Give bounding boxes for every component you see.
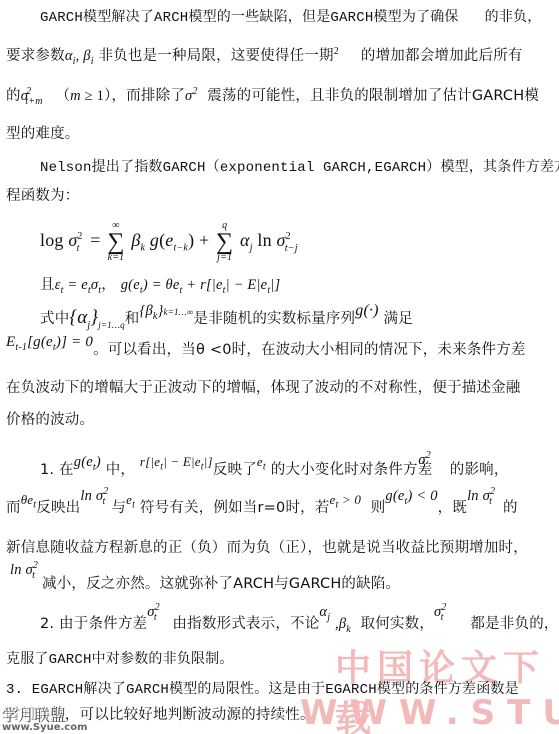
- math-sigma2: σ2: [185, 88, 198, 104]
- item2-line2: 克服了GARCH中对参数的非负限制。: [6, 650, 234, 670]
- item1-line4: 减小，反之亦然。这就弥补了ARCH与GARCH的缺陷。: [42, 574, 400, 594]
- text: 1. 在: [40, 462, 74, 478]
- item1-line1: 1. 在g(et) 中， r[|et| − E|et|]反映了et 的大小变化时…: [40, 460, 509, 480]
- text: 符号有关，例如当r=0时，若: [140, 500, 330, 516]
- item2-line1: 2. 由于条件方差σ2t 由指数形式表示，不论αj ,βk 取何实数，σ2t 都…: [40, 614, 559, 634]
- p3-line5: 价格的波动。: [6, 410, 94, 430]
- math-et: et: [126, 492, 135, 507]
- p2-line1: Nelson提出了指数GARCH（exponential GARCH,EGARC…: [40, 158, 559, 178]
- math-ln-sigma: ln σ2t: [10, 560, 41, 580]
- text: 的非负，: [485, 10, 542, 26]
- text: 由指数形式表示，不论: [172, 616, 319, 632]
- p3-line2: 式中{αj}j=1…q和{βk}k=1…∞是非随机的实数标量序列g(·) 满足: [40, 308, 413, 330]
- text: 3. EGARCH解决了GARCH模型的局限性。这是由于EGARCH模型的条件方…: [6, 682, 519, 698]
- math-ln-sigma: ln σ2t: [80, 488, 111, 504]
- math-alpha-beta: αi, βi: [65, 48, 94, 64]
- math-sup: 2: [334, 46, 339, 57]
- text: 的影响，: [450, 462, 509, 478]
- text: 要求参数: [6, 48, 65, 64]
- text: 式中: [40, 311, 69, 327]
- text: 和: [125, 311, 140, 327]
- math-sigma2: σ2: [418, 452, 431, 468]
- p3-line4: 在负波动下的增幅大于正波动下的增幅，体现了波动的不对称性，便于描述金融: [6, 378, 521, 398]
- text: 满足: [384, 311, 413, 327]
- math-r-term: r[|et| − E|et|]: [140, 454, 213, 469]
- text: 2. 由于条件方差: [40, 616, 147, 632]
- text: 都是非负的，: [470, 616, 558, 632]
- p1-line2: 要求参数αi, βi 非负也是一种局限，这要使得任一期2的增加都会增加此后所有: [6, 46, 523, 66]
- math-alpha-j: αj: [319, 604, 330, 620]
- text: 则: [371, 500, 386, 516]
- text: 。可以看出，当θ <0时，在波动大小相同的情况下，未来条件方差: [93, 342, 526, 358]
- math-alpha-seq: {αj}j=1…q: [69, 307, 124, 328]
- p1-line1: GARCH模型解决了ARCH模型的一些缺陷，但是GARCH模型为了确保的非负，: [40, 8, 541, 28]
- math-theta-et: θet: [21, 492, 37, 507]
- math-beta-k: ,βk: [335, 616, 351, 632]
- text: 反映出: [36, 500, 80, 516]
- item1-line3: 新信息随收益方程新息的正（负）而为负（正），也就是说当收益比预期增加时，: [6, 538, 528, 558]
- math-g-dot: g(·): [355, 302, 378, 319]
- math-g-et: g(et): [74, 454, 101, 470]
- p3-line3: Et-1[g(et)] = 0。可以看出，当θ <0时，在波动大小相同的情况下，…: [6, 340, 526, 360]
- math-g-et: g(et) = θet + r[|et| − E|et|]: [121, 277, 281, 293]
- text: 价格的波动。: [6, 412, 94, 428]
- p3-line1: 且εt = etσt， g(et) = θet + r[|et| − E|et|…: [40, 275, 280, 295]
- item1-line2: 而θet反映出ln σ2t与et 符号有关，例如当r=0时，若et > 0 则g…: [6, 498, 518, 518]
- math-beta-seq: {βk}k=1…∞: [139, 303, 193, 319]
- p2-line2: 程函数为：: [6, 186, 80, 206]
- text: 中，: [106, 462, 135, 478]
- text: 的增加都会增加此后所有: [361, 48, 523, 64]
- text: 且: [40, 277, 55, 293]
- text: 型的难度。: [6, 126, 80, 142]
- equation-egarch: log σ2t = ∞∑k=1 βk g(et−k) + q∑j=1 αj ln…: [40, 218, 304, 263]
- math-sigma2-t: σ2t: [434, 604, 450, 620]
- math-et: et: [257, 454, 266, 469]
- math-m-geq-1: （m ≥ 1），: [55, 88, 126, 104]
- text: 减小，反之亦然。这就弥补了ARCH与GARCH的缺陷。: [42, 576, 400, 592]
- math-sigma-t-m: σ2t+m: [21, 88, 51, 104]
- text: Nelson提出了指数GARCH（exponential GARCH,EGARC…: [40, 160, 559, 176]
- math-epsilon: εt = etσt: [55, 277, 102, 293]
- watermark-syue-url: www.Syue.com: [2, 722, 88, 733]
- text: GARCH模型解决了ARCH模型的一些缺陷，但是GARCH模型为了确保: [40, 10, 459, 26]
- p1-line3: 的σ2t+m （m ≥ 1），而排除了σ2 震荡的可能性，且非负的限制增加了估计…: [6, 86, 539, 106]
- summation-k: ∞∑k=1: [107, 221, 124, 263]
- text: 的: [6, 88, 21, 104]
- text: 与: [111, 500, 126, 516]
- item3-line1: 3. EGARCH解决了GARCH模型的局限性。这是由于EGARCH模型的条件方…: [6, 680, 519, 700]
- text: 取何实数，: [361, 616, 435, 632]
- text: 而: [6, 500, 21, 516]
- text: 是非随机的实数标量序列: [194, 311, 356, 327]
- text: ，既: [438, 500, 467, 516]
- text: 克服了GARCH中对参数的非负限制。: [6, 652, 234, 668]
- math-expectation: Et-1[g(et)] = 0: [6, 334, 93, 350]
- text: 的大小变化时对条件方差: [271, 462, 433, 478]
- p1-line4: 型的难度。: [6, 124, 80, 144]
- text: 反映了: [213, 462, 257, 478]
- summation-j: q∑j=1: [216, 221, 233, 263]
- math-et-positive: et > 0: [330, 492, 362, 507]
- text: 非负也是一种局限，这要使得任一期: [98, 48, 333, 64]
- text: 数，可以比较好地判断波动源的持续性。: [50, 707, 315, 723]
- math-g-negative: g(et) < 0: [385, 488, 437, 504]
- math-sigma2-t: σ2t: [147, 604, 163, 620]
- math-ln-sigma: ln σ2t: [467, 488, 498, 504]
- text: 程函数为：: [6, 188, 80, 204]
- text: 在负波动下的增幅大于正波动下的增幅，体现了波动的不对称性，便于描述金融: [6, 380, 521, 396]
- text: 的: [503, 500, 518, 516]
- text: 新信息随收益方程新息的正（负）而为负（正），也就是说当收益比预期增加时，: [6, 540, 528, 556]
